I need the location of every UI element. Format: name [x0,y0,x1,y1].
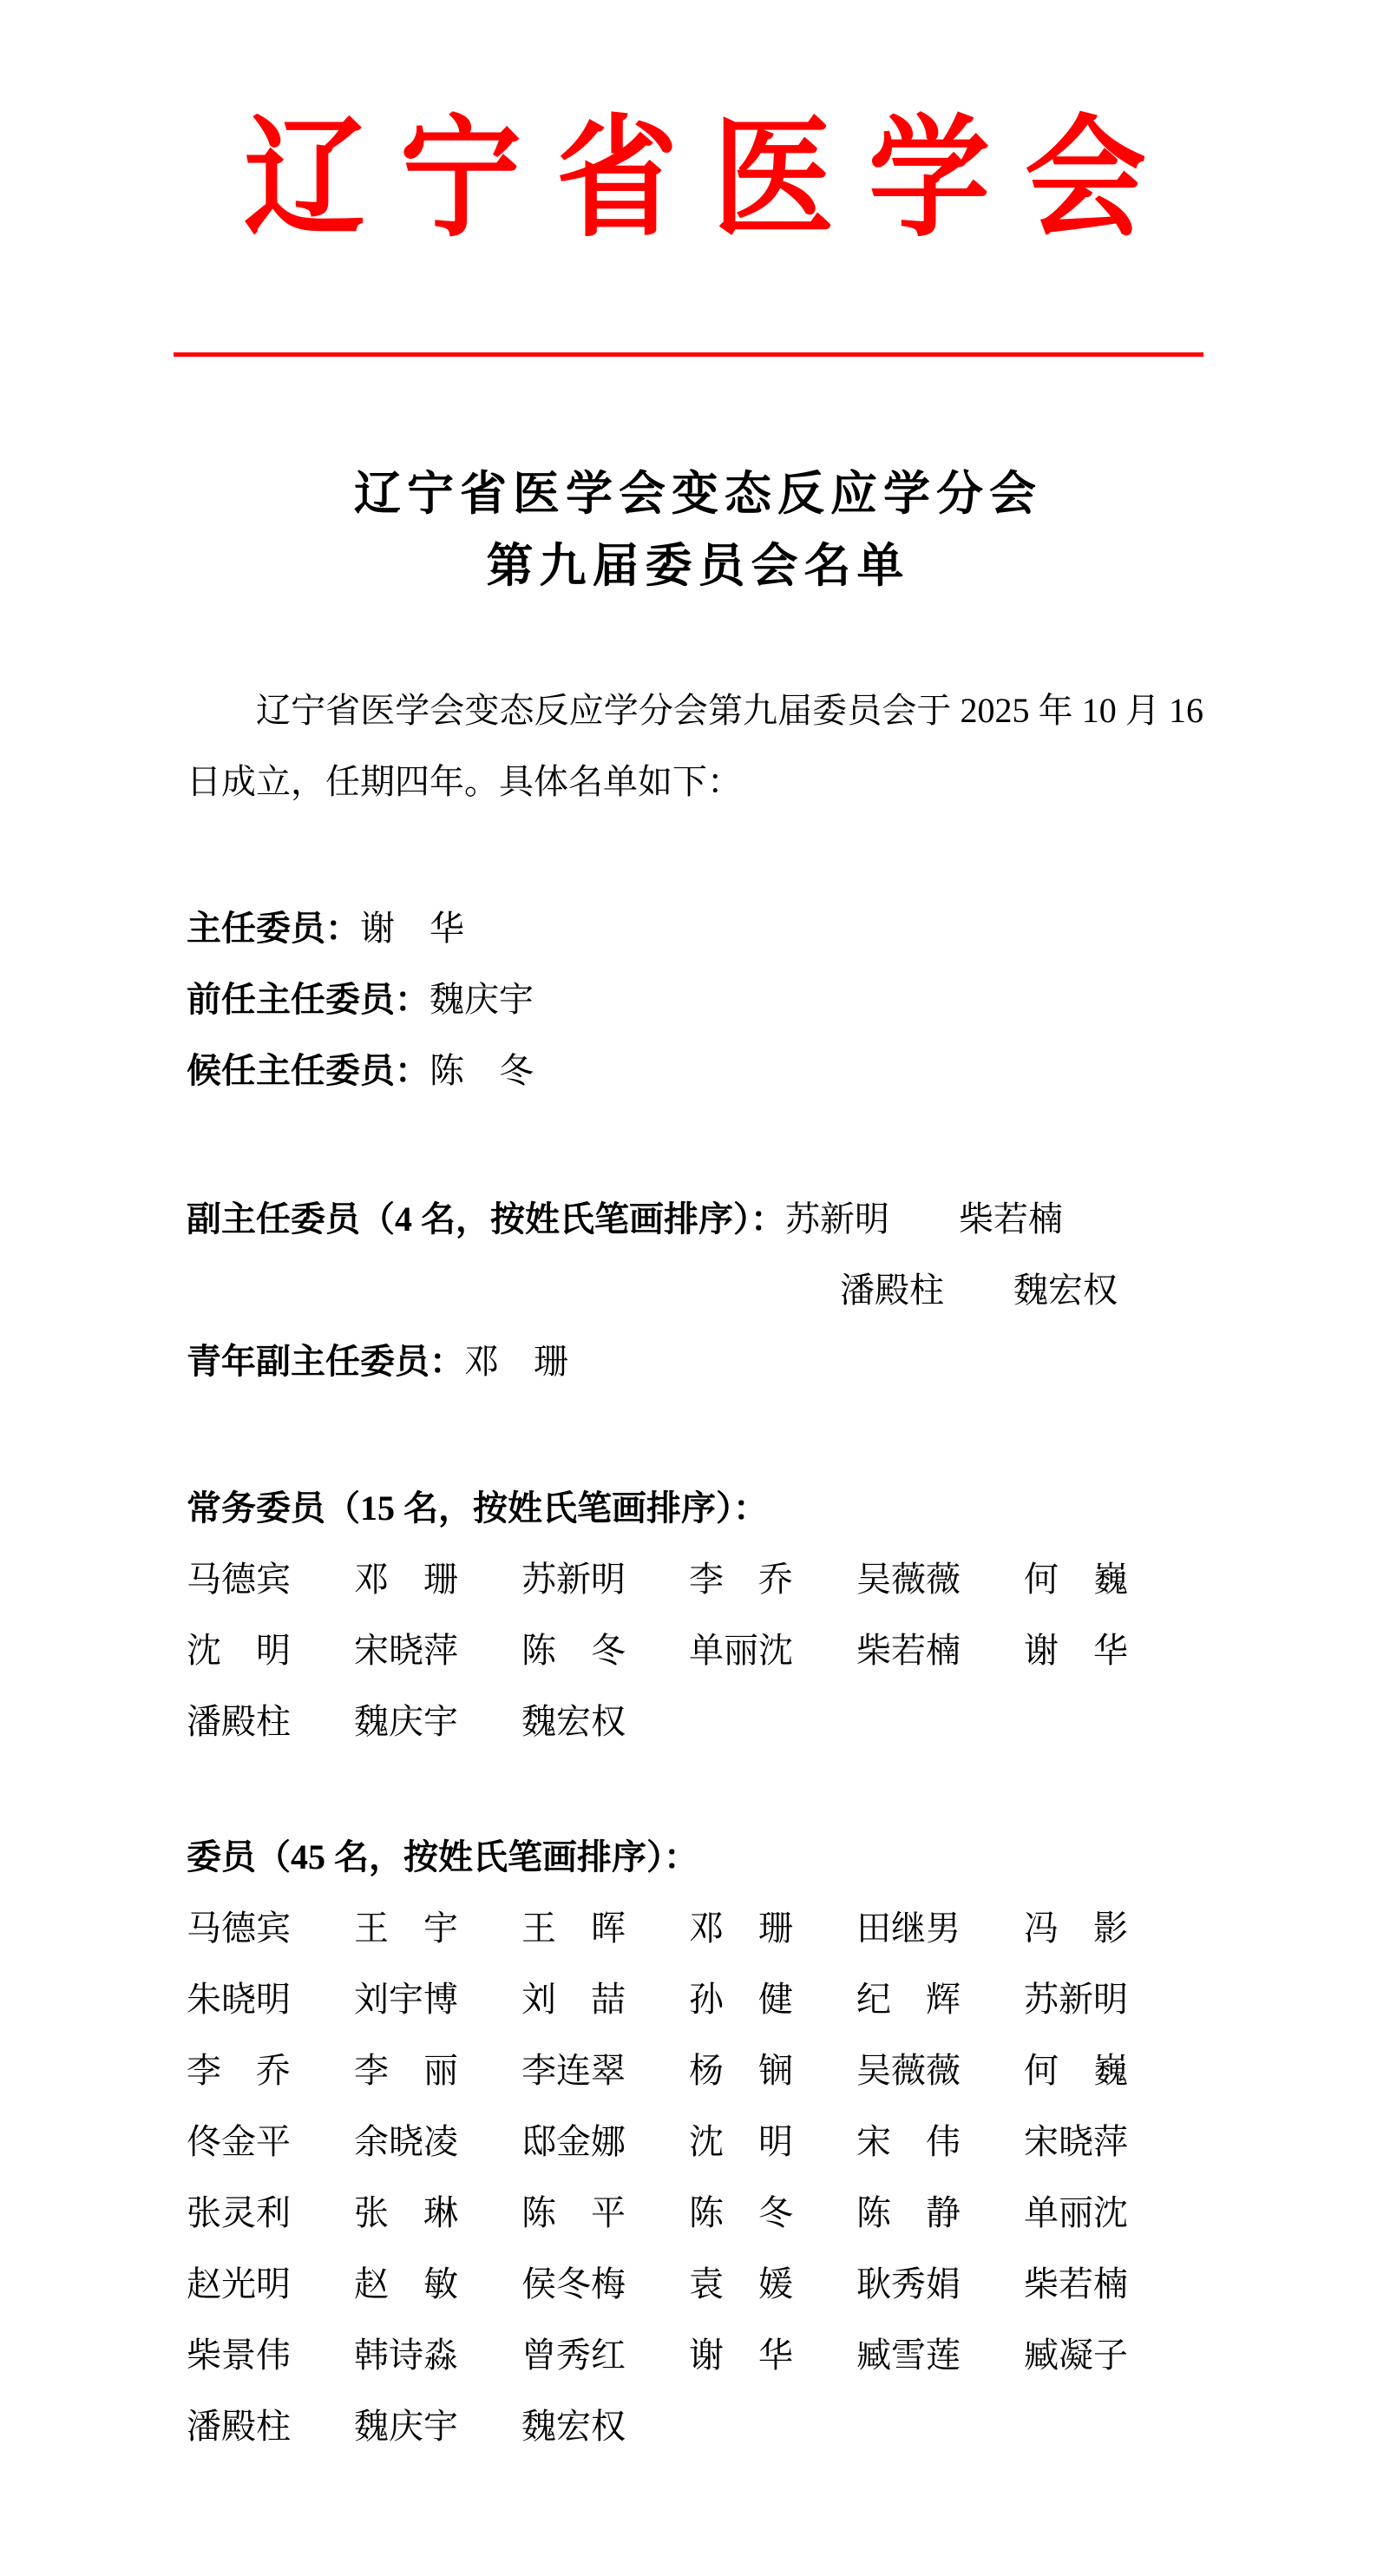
member-name: 臧雪莲 [856,2320,1024,2391]
red-divider-line [174,352,1203,357]
members-row: 赵光明赵 敏侯冬梅袁 媛耿秀娟柴若楠 [187,2249,1203,2320]
member-name: 刘宇博 [354,1964,521,2035]
standing-committee-row: 潘殿柱魏庆宇魏宏权 [187,1686,1203,1758]
member-name: 魏宏权 [521,1686,689,1758]
member-name: 宋晓萍 [354,1615,521,1686]
member-name: 单丽沈 [1024,2178,1191,2249]
member-name: 余晓凌 [354,2106,521,2178]
standing-committee-row: 沈 明宋晓萍陈 冬单丽沈柴若楠谢 华 [187,1615,1203,1686]
member-name: 何 巍 [1024,1544,1191,1615]
vice-chair-names: 苏新明 柴若楠 [785,1199,1063,1239]
member-name: 田继男 [856,1893,1024,1964]
member-name: 纪 辉 [856,1964,1024,2035]
member-name: 陈 冬 [689,2178,856,2249]
member-name: 吴薇薇 [856,2035,1024,2106]
role-line: 候任主任委员：陈 冬 [187,1035,1203,1107]
member-name: 宋 伟 [856,2106,1024,2178]
role-line: 主任委员：谢 华 [187,893,1203,964]
member-name: 陈 平 [521,2178,689,2249]
member-name: 臧凝子 [1024,2320,1191,2391]
member-name: 柴若楠 [856,1615,1024,1686]
members-row: 马德宾王 宇王 晖邓 珊田继男冯 影 [187,1893,1203,1964]
member-name: 王 宇 [354,1893,521,1964]
member-name: 刘 喆 [521,1964,689,2035]
member-name: 沈 明 [187,1615,354,1686]
member-name: 宋晓萍 [1024,2106,1191,2178]
member-name: 张 琳 [354,2178,521,2249]
member-name: 朱晓明 [187,1964,354,2035]
role-names: 陈 冬 [429,1051,534,1090]
vice-chair-line: 副主任委员（4 名，按姓氏笔画排序）：苏新明 柴若楠 [187,1184,1203,1255]
member-name: 杨 锎 [689,2035,856,2106]
letterhead-title: 辽宁省医学会 [187,106,1203,256]
member-name: 马德宾 [187,1544,354,1615]
document-title-line-1: 辽宁省医学会变态反应学分会 [193,458,1203,530]
member-name: 曾秀红 [521,2320,689,2391]
member-name: 李连翠 [521,2035,689,2106]
member-name: 苏新明 [521,1544,689,1615]
role-names: 魏庆宇 [429,980,534,1019]
member-name: 沈 明 [689,2106,856,2178]
member-name: 赵光明 [187,2249,354,2320]
member-name: 佟金平 [187,2106,354,2178]
member-name: 耿秀娟 [856,2249,1024,2320]
member-name: 侯冬梅 [521,2249,689,2320]
member-name: 魏庆宇 [354,1686,521,1758]
youth-vice-chair-label: 青年副主任委员： [187,1342,464,1381]
member-name: 马德宾 [187,1893,354,1964]
member-name: 李 乔 [187,2035,354,2106]
member-name: 王 晖 [521,1893,689,1964]
member-name: 陈 冬 [521,1615,689,1686]
standing-committee-section: 常务委员（15 名，按姓氏笔画排序）：马德宾邓 珊苏新明李 乔吴薇薇何 巍沈 明… [187,1473,1203,1758]
role-label: 主任委员： [187,909,360,948]
youth-vice-chair-names: 邓 珊 [464,1342,568,1381]
member-name: 邓 珊 [689,1893,856,1964]
members-section: 委员（45 名，按姓氏笔画排序）：马德宾王 宇王 晖邓 珊田继男冯 影朱晓明刘宇… [187,1822,1203,2462]
member-name: 魏庆宇 [354,2391,521,2462]
member-name: 吴薇薇 [856,1544,1024,1615]
member-name: 袁 媛 [689,2249,856,2320]
member-name: 谢 华 [689,2320,856,2391]
member-name: 孙 健 [689,1964,856,2035]
members-row: 李 乔李 丽李连翠杨 锎吴薇薇何 巍 [187,2035,1203,2106]
role-label: 候任主任委员： [187,1051,429,1090]
member-name: 邸金娜 [521,2106,689,2178]
document-title-line-2: 第九届委员会名单 [193,530,1203,602]
vice-chair-label: 副主任委员（4 名，按姓氏笔画排序）： [187,1199,785,1239]
member-name: 韩诗淼 [354,2320,521,2391]
members-row: 朱晓明刘宇博刘 喆孙 健纪 辉苏新明 [187,1964,1203,2035]
member-name: 柴景伟 [187,2320,354,2391]
member-name: 李 丽 [354,2035,521,2106]
standing-committee-row: 马德宾邓 珊苏新明李 乔吴薇薇何 巍 [187,1544,1203,1615]
chair-section: 主任委员：谢 华前任主任委员：魏庆宇候任主任委员：陈 冬 [187,893,1203,1107]
vice-chair-continuation-line: 潘殿柱 魏宏权 [187,1255,1203,1326]
role-label: 前任主任委员： [187,980,429,1019]
members-row: 佟金平余晓凌邸金娜沈 明宋 伟宋晓萍 [187,2106,1203,2178]
role-line: 前任主任委员：魏庆宇 [187,964,1203,1035]
member-name: 张灵利 [187,2178,354,2249]
members-row: 柴景伟韩诗淼曾秀红谢 华臧雪莲臧凝子 [187,2320,1203,2391]
member-name: 何 巍 [1024,2035,1191,2106]
members-row: 张灵利张 琳陈 平陈 冬陈 静单丽沈 [187,2178,1203,2249]
member-name: 冯 影 [1024,1893,1191,1964]
member-name: 魏宏权 [521,2391,689,2462]
document-page: 辽宁省医学会 辽宁省医学会变态反应学分会 第九届委员会名单 辽宁省医学会变态反应… [0,0,1377,2576]
members-label: 委员（45 名，按姓氏笔画排序）： [187,1837,698,1876]
members-row: 潘殿柱魏庆宇魏宏权 [187,2391,1203,2462]
standing-committee-label: 常务委员（15 名，按姓氏笔画排序）： [187,1488,768,1528]
member-name: 陈 静 [856,2178,1024,2249]
youth-vice-chair-line: 青年副主任委员：邓 珊 [187,1326,1203,1397]
members-header: 委员（45 名，按姓氏笔画排序）： [187,1822,1203,1893]
member-name: 李 乔 [689,1544,856,1615]
member-name: 谢 华 [1024,1615,1191,1686]
member-name: 邓 珊 [354,1544,521,1615]
member-name: 赵 敏 [354,2249,521,2320]
member-name: 单丽沈 [689,1615,856,1686]
vice-chair-section: 副主任委员（4 名，按姓氏笔画排序）：苏新明 柴若楠潘殿柱 魏宏权青年副主任委员… [187,1184,1203,1397]
vice-chair-names: 潘殿柱 魏宏权 [840,1271,1118,1310]
member-name: 苏新明 [1024,1964,1191,2035]
member-name: 潘殿柱 [187,1686,354,1758]
role-names: 谢 华 [360,909,464,948]
member-name: 潘殿柱 [187,2391,354,2462]
member-name: 柴若楠 [1024,2249,1191,2320]
standing-committee-header: 常务委员（15 名，按姓氏笔画排序）： [187,1473,1203,1544]
intro-paragraph: 辽宁省医学会变态反应学分会第九届委员会于 2025 年 10 月 16 日成立，… [187,675,1203,818]
document-title: 辽宁省医学会变态反应学分会 第九届委员会名单 [187,458,1203,602]
